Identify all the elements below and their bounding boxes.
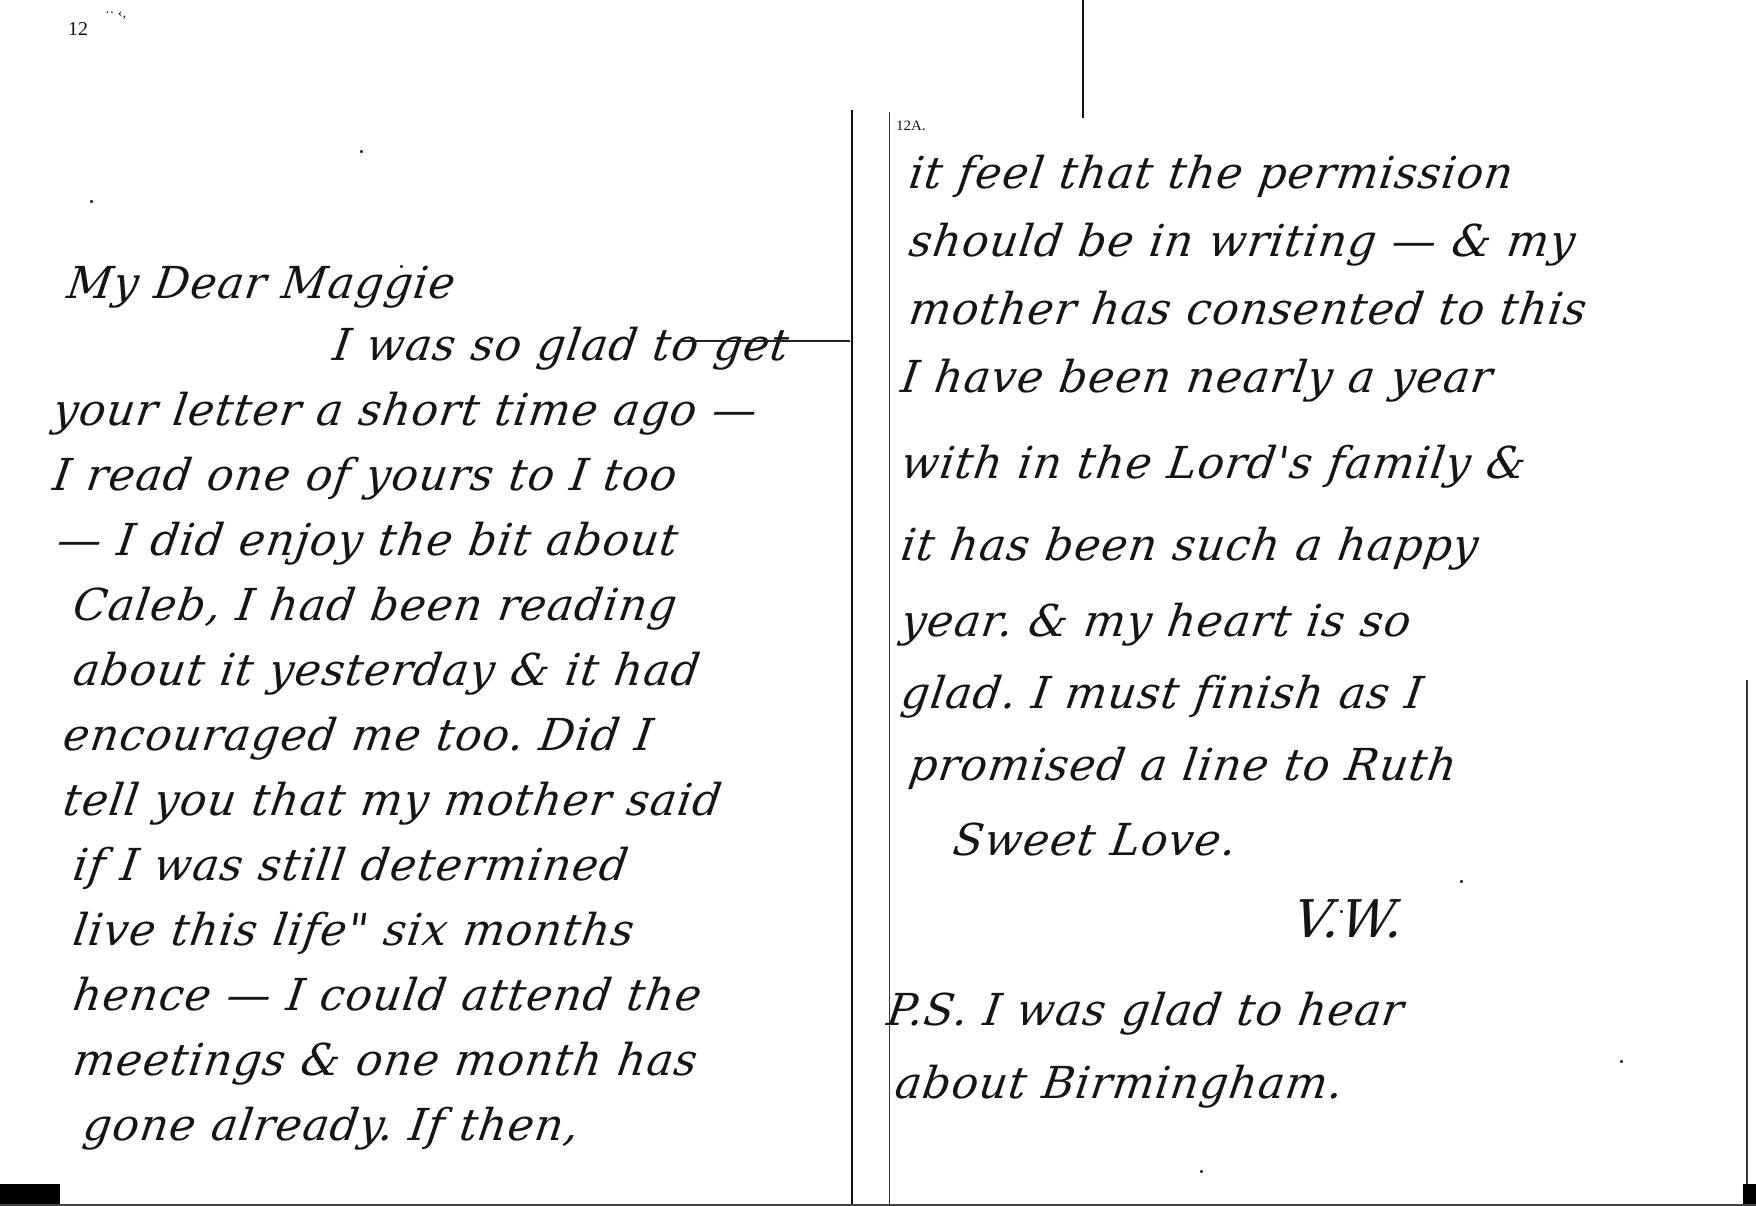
letter-line: encouraged me too. Did I <box>60 710 657 761</box>
letter-line: — I did enjoy the bit about <box>54 515 682 566</box>
scan-speck <box>1460 880 1463 883</box>
letter-line: meetings & one month has <box>70 1035 702 1086</box>
letter-line: I read one of yours to I too <box>50 450 681 501</box>
right-edge-line <box>1746 680 1748 1200</box>
letter-line: mother has consented to this <box>906 284 1591 335</box>
scan-edge-bar-left <box>0 1184 60 1206</box>
scan-speck <box>400 265 403 268</box>
letter-line: should be in writing — & my <box>906 216 1579 267</box>
letter-line: gone already. If then, <box>80 1100 583 1151</box>
letter-line: if I was still determined <box>70 840 632 891</box>
letter-line: it feel that the permission <box>906 148 1517 199</box>
page-divider-line <box>851 110 853 1206</box>
underline-stroke <box>680 340 850 342</box>
letter-scan: 12 ·· ‹, My Dear Maggie I was so glad to… <box>0 0 1756 1206</box>
letter-line: about it yesterday & it had <box>70 645 704 696</box>
letter-line: year. & my heart is so <box>898 596 1415 647</box>
letter-line: hence — I could attend the <box>70 970 706 1021</box>
postscript-line: about Birmingham. <box>892 1058 1347 1109</box>
letter-line: glad. I must finish as I <box>898 668 1427 719</box>
scan-speck <box>1200 1170 1203 1173</box>
stray-marks: ·· ‹, <box>105 6 126 22</box>
letter-line: Caleb, I had been reading <box>70 580 681 631</box>
top-fold-line <box>1082 0 1084 118</box>
scan-speck <box>360 150 363 153</box>
letter-line: it has been such a happy <box>898 520 1482 571</box>
scan-speck <box>1340 910 1343 913</box>
closing: Sweet Love. <box>950 815 1240 866</box>
scan-speck <box>90 200 93 203</box>
right-page-margin-line <box>889 112 890 1206</box>
scan-edge-bar-right <box>1743 1184 1756 1206</box>
letter-line: I have been nearly a year <box>898 352 1496 403</box>
letter-line: I was so glad to get <box>330 320 793 371</box>
scan-speck <box>1620 1060 1623 1063</box>
letter-line: your letter a short time ago — <box>50 385 761 436</box>
letter-line: tell you that my mother said <box>60 775 726 826</box>
signature: V.W. <box>1290 890 1408 950</box>
page-number-left: 12 <box>68 18 88 41</box>
page-number-right: 12A. <box>896 118 926 135</box>
letter-line: with in the Lord's family & <box>898 438 1530 489</box>
postscript-line: P.S. I was glad to hear <box>884 985 1408 1036</box>
letter-line: live this life" six months <box>70 905 638 956</box>
letter-line: promised a line to Ruth <box>906 740 1461 791</box>
